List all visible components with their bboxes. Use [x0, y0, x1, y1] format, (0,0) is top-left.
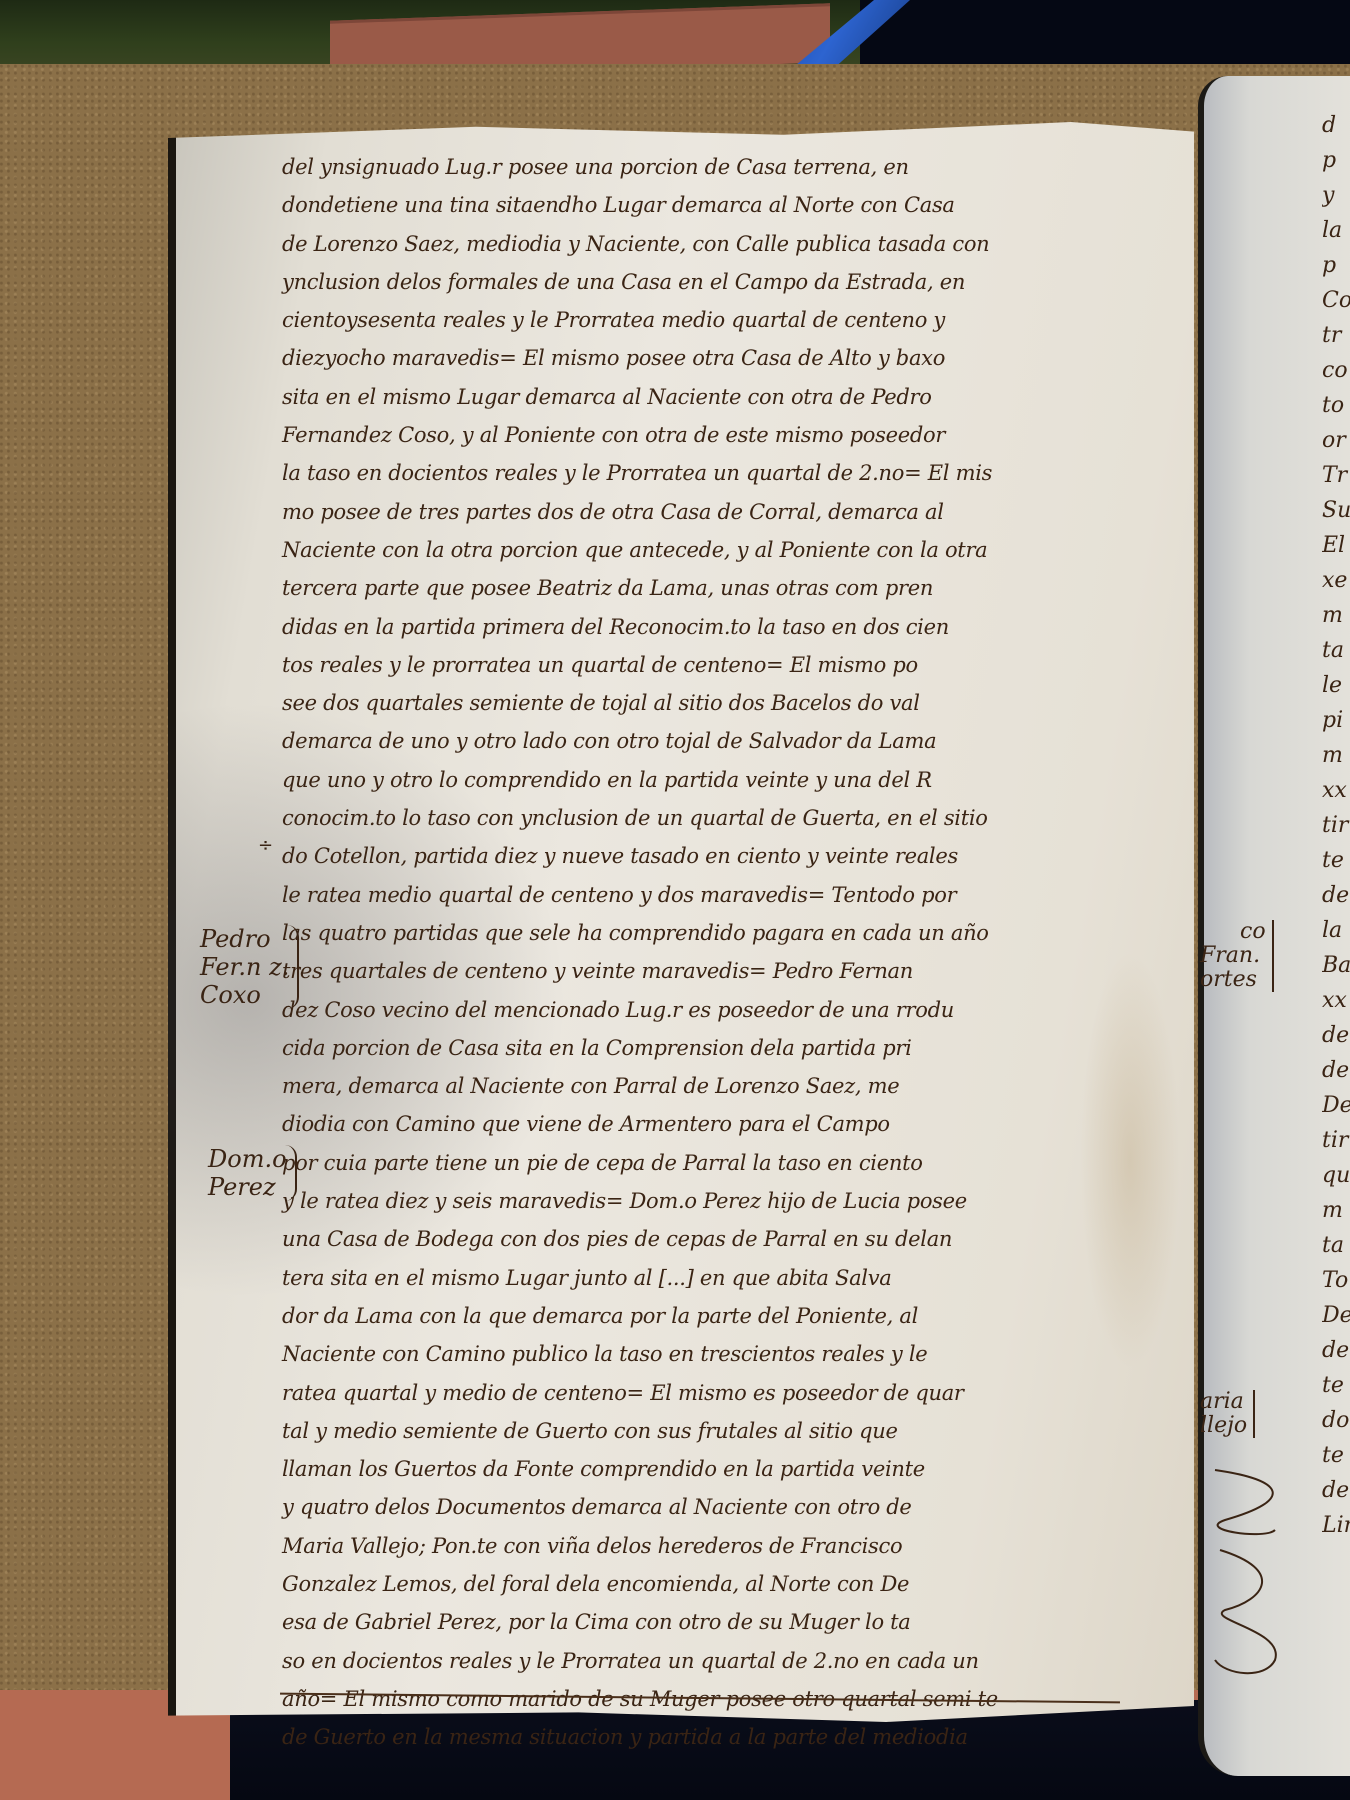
manuscript-text: del ynsignuado Lug.r posee una porcion d…	[282, 148, 1112, 1756]
manuscript-line: las quatro partidas que sele ha comprend…	[282, 914, 1112, 952]
facing-line-fragment: xx	[1322, 773, 1350, 808]
note-line: co	[1200, 920, 1266, 944]
note-line: llejo	[1200, 1414, 1247, 1438]
facing-line-fragment: ta	[1322, 633, 1350, 668]
manuscript-line: dor da Lama con la que demarca por la pa…	[282, 1297, 1112, 1335]
facing-line-fragment: d	[1322, 108, 1350, 143]
manuscript-line: see dos quartales semiente de tojal al s…	[282, 684, 1112, 722]
note-line: ortes	[1200, 968, 1266, 992]
facing-margin-note-cortes: co Fran. ortes	[1200, 920, 1274, 992]
note-line: Dom.o	[208, 1145, 287, 1173]
facing-line-fragment: or	[1322, 423, 1350, 458]
manuscript-line: Naciente con Camino publico la taso en t…	[282, 1335, 1112, 1373]
facing-line-fragment: de	[1322, 1333, 1350, 1368]
manuscript-line: cida porcion de Casa sita en la Comprens…	[282, 1029, 1112, 1067]
facing-line-fragment: le	[1322, 668, 1350, 703]
facing-line-fragment: De	[1322, 1298, 1350, 1333]
manuscript-line: Maria Vallejo; Pon.te con viña delos her…	[282, 1527, 1112, 1565]
facing-line-fragment: te	[1322, 1368, 1350, 1403]
manuscript-line: ratea quartal y medio de centeno= El mis…	[282, 1374, 1112, 1412]
manuscript-line: demarca de uno y otro lado con otro toja…	[282, 722, 1112, 760]
facing-line-fragment: la	[1322, 913, 1350, 948]
manuscript-line: conocim.to lo taso con ynclusion de un q…	[282, 799, 1112, 837]
manuscript-line: tera sita en el mismo Lugar junto al [..…	[282, 1259, 1112, 1297]
facing-line-fragment: y	[1322, 178, 1350, 213]
manuscript-line: de Guerto en la mesma situacion y partid…	[282, 1718, 1112, 1756]
manuscript-line: mera, demarca al Naciente con Parral de …	[282, 1067, 1112, 1105]
manuscript-line: llaman los Guertos da Fonte comprendido …	[282, 1450, 1112, 1488]
manuscript-line: so en docientos reales y le Prorratea un…	[282, 1642, 1112, 1680]
facing-line-fragment: te	[1322, 843, 1350, 878]
manuscript-line: por cuia parte tiene un pie de cepa de P…	[282, 1144, 1112, 1182]
manuscript-line: tercera parte que posee Beatriz da Lama,…	[282, 569, 1112, 607]
facing-line-fragment: To	[1322, 1263, 1350, 1298]
note-line: aria	[1200, 1390, 1247, 1414]
facing-page-text: dpylapCotrcotoorTrSuElxemtalepimxxtirted…	[1322, 108, 1350, 1543]
manuscript-line: dondetiene una tina sitaendho Lugar dema…	[282, 186, 1112, 224]
manuscript-line: Fernandez Coso, y al Poniente con otra d…	[282, 416, 1112, 454]
facing-line-fragment: xx	[1322, 983, 1350, 1018]
margin-note-pedro-fernandez-coxo: Pedro Fer.n z. Coxo	[200, 925, 299, 1009]
facing-line-fragment: der	[1322, 1473, 1350, 1508]
facing-line-fragment: do	[1322, 1403, 1350, 1438]
manuscript-line: cientoysesenta reales y le Prorratea med…	[282, 301, 1112, 339]
manuscript-line: tres quartales de centeno y veinte marav…	[282, 952, 1112, 990]
facing-line-fragment: p	[1322, 143, 1350, 178]
manuscript-line: que uno y otro lo comprendido en la part…	[282, 761, 1112, 799]
facing-line-fragment: De	[1322, 1088, 1350, 1123]
manuscript-line: la taso en docientos reales y le Prorrat…	[282, 454, 1112, 492]
manuscript-line: Naciente con la otra porcion que anteced…	[282, 531, 1112, 569]
margin-note-domingo-perez: Dom.o Perez	[208, 1145, 297, 1201]
facing-line-fragment: Su	[1322, 493, 1350, 528]
note-line: Fer.n z.	[200, 953, 289, 981]
facing-line-fragment: Co	[1322, 283, 1350, 318]
background-shadow	[860, 0, 1350, 70]
facing-line-fragment: de	[1322, 878, 1350, 913]
manuscript-line: didas en la partida primera del Reconoci…	[282, 608, 1112, 646]
manuscript-line: de Lorenzo Saez, mediodia y Naciente, co…	[282, 225, 1112, 263]
facing-line-fragment: p	[1322, 248, 1350, 283]
facing-line-fragment: Lin	[1322, 1508, 1350, 1543]
note-line: Fran.	[1200, 944, 1266, 968]
facing-line-fragment: Ba	[1322, 948, 1350, 983]
facing-line-fragment: te	[1322, 1438, 1350, 1473]
facing-line-fragment: pi	[1322, 703, 1350, 738]
note-line: Coxo	[200, 981, 289, 1009]
manuscript-line: esa de Gabriel Perez, por la Cima con ot…	[282, 1603, 1112, 1641]
manuscript-line: y le ratea diez y seis maravedis= Dom.o …	[282, 1182, 1112, 1220]
manuscript-line: sita en el mismo Lugar demarca al Nacien…	[282, 378, 1112, 416]
manuscript-line: diodia con Camino que viene de Armentero…	[282, 1105, 1112, 1143]
facing-line-fragment: tir	[1322, 808, 1350, 843]
facing-line-fragment: Tr	[1322, 458, 1350, 493]
manuscript-line: dez Coso vecino del mencionado Lug.r es …	[282, 991, 1112, 1029]
manuscript-line: ynclusion delos formales de una Casa en …	[282, 263, 1112, 301]
manuscript-line: diezyocho maravedis= El mismo posee otra…	[282, 339, 1112, 377]
facing-line-fragment: de	[1322, 1018, 1350, 1053]
facing-line-fragment: m	[1322, 738, 1350, 773]
manuscript-line: del ynsignuado Lug.r posee una porcion d…	[282, 148, 1112, 186]
facing-line-fragment: m	[1322, 598, 1350, 633]
note-line: Perez	[208, 1173, 287, 1201]
manuscript-line: y quatro delos Documentos demarca al Nac…	[282, 1488, 1112, 1526]
manuscript-line: do Cotellon, partida diez y nueve tasado…	[282, 837, 1112, 875]
note-line: Pedro	[200, 925, 289, 953]
facing-line-fragment: m	[1322, 1193, 1350, 1228]
signature-flourish	[1205, 1460, 1295, 1690]
facing-line-fragment: co	[1322, 353, 1350, 388]
manuscript-line: tal y medio semiente de Guerto con sus f…	[282, 1412, 1112, 1450]
facing-line-fragment: la	[1322, 213, 1350, 248]
facing-line-fragment: tir	[1322, 1123, 1350, 1158]
manuscript-line: Gonzalez Lemos, del foral dela encomiend…	[282, 1565, 1112, 1603]
facing-line-fragment: tr	[1322, 318, 1350, 353]
division-marker: ÷	[258, 835, 273, 856]
manuscript-line: le ratea medio quartal de centeno y dos …	[282, 876, 1112, 914]
facing-line-fragment: deo	[1322, 1053, 1350, 1088]
facing-line-fragment: to	[1322, 388, 1350, 423]
manuscript-line: tos reales y le prorratea un quartal de …	[282, 646, 1112, 684]
facing-line-fragment: El	[1322, 528, 1350, 563]
facing-line-fragment: qu	[1322, 1158, 1350, 1193]
facing-line-fragment: ta	[1322, 1228, 1350, 1263]
facing-line-fragment: xe	[1322, 563, 1350, 598]
facing-margin-note-vallejo: aria llejo	[1200, 1390, 1255, 1438]
manuscript-line: una Casa de Bodega con dos pies de cepas…	[282, 1220, 1112, 1258]
manuscript-line: mo posee de tres partes dos de otra Casa…	[282, 493, 1112, 531]
